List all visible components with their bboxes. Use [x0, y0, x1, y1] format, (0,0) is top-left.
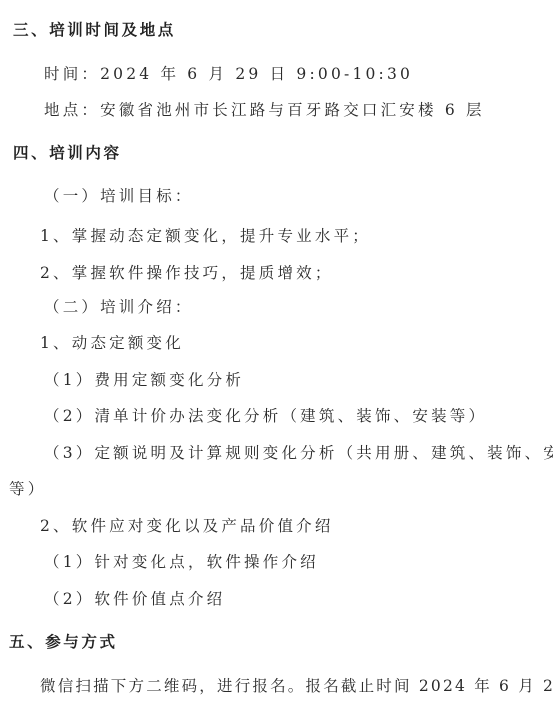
training-goals-title: （一）培训目标： [44, 186, 194, 206]
section-heading-training-time-location: 三、培训时间及地点 [13, 20, 176, 40]
intro-part1-item: （1）费用定额变化分析 [44, 370, 244, 390]
training-time: 时间：2024 年 6 月 29 日 9:00-10:30 [44, 64, 413, 84]
intro-part1-item-continued: 等） [9, 479, 46, 499]
section-heading-training-content: 四、培训内容 [13, 143, 122, 163]
training-intro-title: （二）培训介绍： [44, 297, 194, 317]
intro-part1-item: （2）清单计价办法变化分析（建筑、装饰、安装等） [44, 406, 487, 426]
section-heading-participation: 五、参与方式 [9, 632, 118, 652]
training-goal-item: 2、掌握软件操作技巧，提质增效； [40, 263, 334, 283]
training-location: 地点：安徽省池州市长江路与百牙路交口汇安楼 6 层 [44, 100, 485, 120]
intro-part1-title: 1、动态定额变化 [40, 333, 184, 353]
registration-instructions: 微信扫描下方二维码，进行报名。报名截止时间 2024 年 6 月 28 日。 [40, 676, 553, 696]
intro-part1-item: （3）定额说明及计算规则变化分析（共用册、建筑、装饰、安装 [44, 443, 553, 463]
intro-part2-title: 2、软件应对变化以及产品价值介绍 [40, 516, 334, 536]
training-goal-item: 1、掌握动态定额变化，提升专业水平； [40, 226, 371, 246]
intro-part2-item: （2）软件价值点介绍 [44, 589, 225, 609]
intro-part2-item: （1）针对变化点，软件操作介绍 [44, 552, 319, 572]
